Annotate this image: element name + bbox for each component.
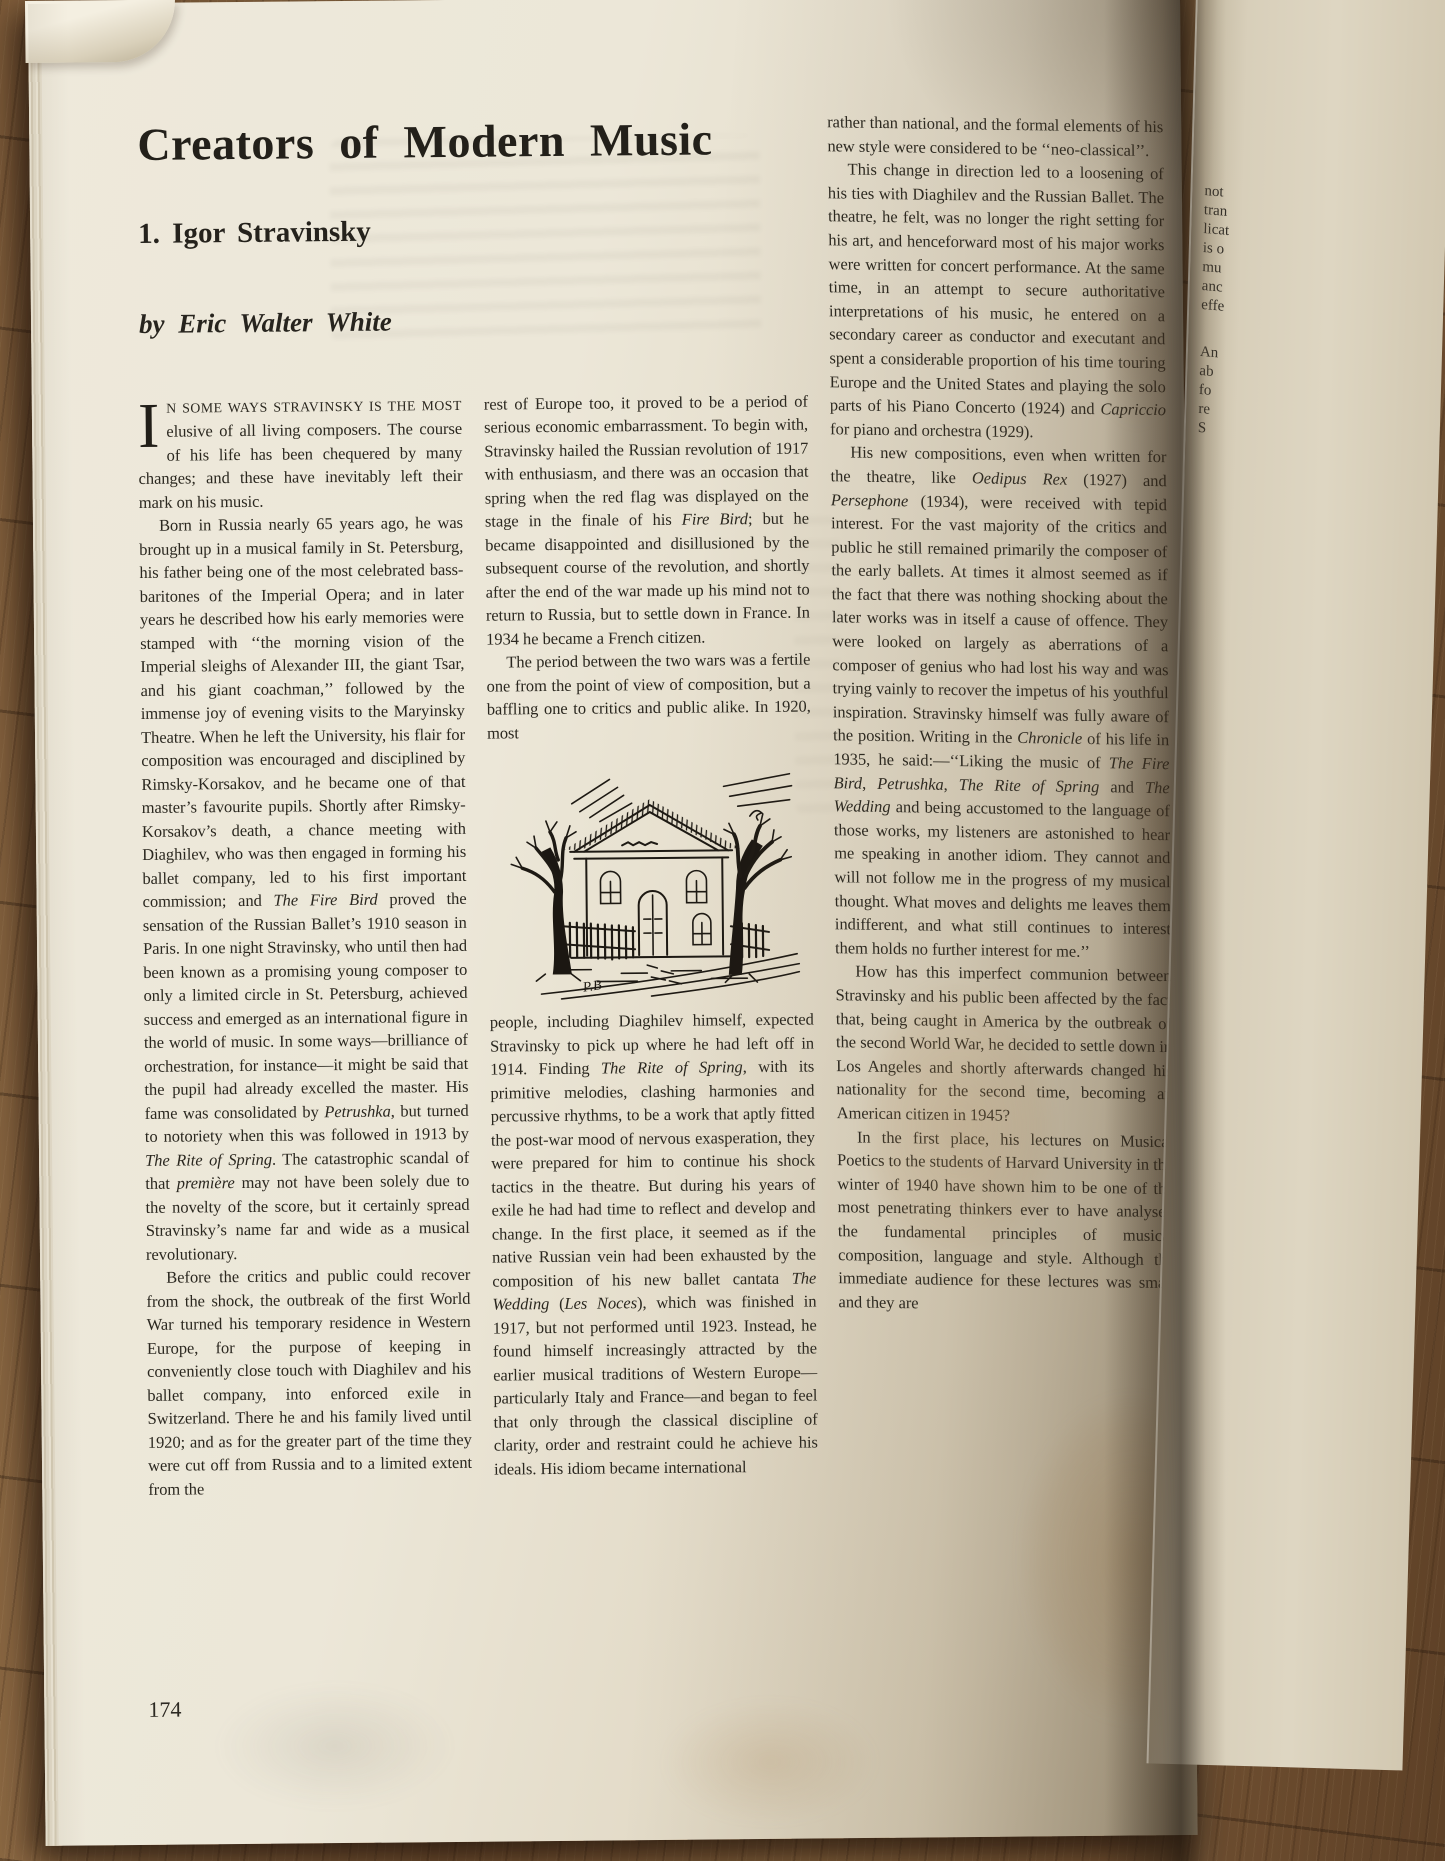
section-heading: 1. Igor Stravinsky bbox=[138, 211, 806, 250]
paragraph: rather than national, and the formal ele… bbox=[827, 110, 1164, 162]
title-and-columns-1-2: Creators of Modern Music 1. Igor Stravin… bbox=[135, 115, 818, 1502]
lead-paragraph: IN SOME WAYS STRAVINSKY IS THE MOST elus… bbox=[138, 393, 463, 515]
paragraph: Born in Russia nearly 65 years ago, he w… bbox=[139, 511, 470, 1266]
small-caps-lead: N SOME WAYS STRAVINSKY IS THE MOST bbox=[166, 398, 462, 416]
paragraph: In the first place, his lectures on Musi… bbox=[837, 1125, 1175, 1319]
bird-squiggle bbox=[750, 811, 762, 821]
paragraph: His new compositions, even when written … bbox=[830, 441, 1171, 965]
facing-page-text-fragments: An ab fo re S bbox=[1198, 343, 1442, 457]
paragraph: Before the critics and public could reco… bbox=[146, 1263, 472, 1501]
paragraph: people, including Diaghilev himself, exp… bbox=[490, 1008, 818, 1481]
photo-of-magazine-page: Creators of Modern Music 1. Igor Stravin… bbox=[0, 0, 1445, 1861]
lead-text: elusive of all living composers. The cou… bbox=[138, 419, 462, 512]
illustrator-signature: P.B bbox=[581, 978, 603, 996]
paragraph: rest of Europe too, it proved to be a pe… bbox=[484, 389, 810, 651]
byline: by Eric Walter White bbox=[139, 302, 807, 339]
article-title: Creators of Modern Music bbox=[137, 115, 805, 170]
drop-cap: I bbox=[138, 395, 167, 450]
paragraph: How has this imperfect communion between… bbox=[835, 960, 1173, 1130]
paragraph: The period between the two wars was a fe… bbox=[486, 648, 811, 745]
page-content: Creators of Modern Music 1. Igor Stravin… bbox=[28, 0, 1198, 1846]
facing-page-sliver: not tran licat is o mu anc effe An ab fo… bbox=[1147, 0, 1445, 1770]
facing-page-text-fragments: not tran licat is o mu anc effe bbox=[1201, 182, 1445, 334]
column-3: rather than national, and the formal ele… bbox=[827, 110, 1175, 1318]
page-number: 174 bbox=[148, 1697, 181, 1723]
column-1: IN SOME WAYS STRAVINSKY IS THE MOST elus… bbox=[138, 393, 473, 1502]
magazine-left-page: Creators of Modern Music 1. Igor Stravin… bbox=[28, 0, 1198, 1846]
column-2: rest of Europe too, it proved to be a pe… bbox=[484, 389, 819, 1498]
pediment-scribble bbox=[622, 842, 657, 845]
house-illustration: P.B bbox=[499, 758, 801, 1001]
paragraph: This change in direction led to a loosen… bbox=[828, 157, 1167, 445]
